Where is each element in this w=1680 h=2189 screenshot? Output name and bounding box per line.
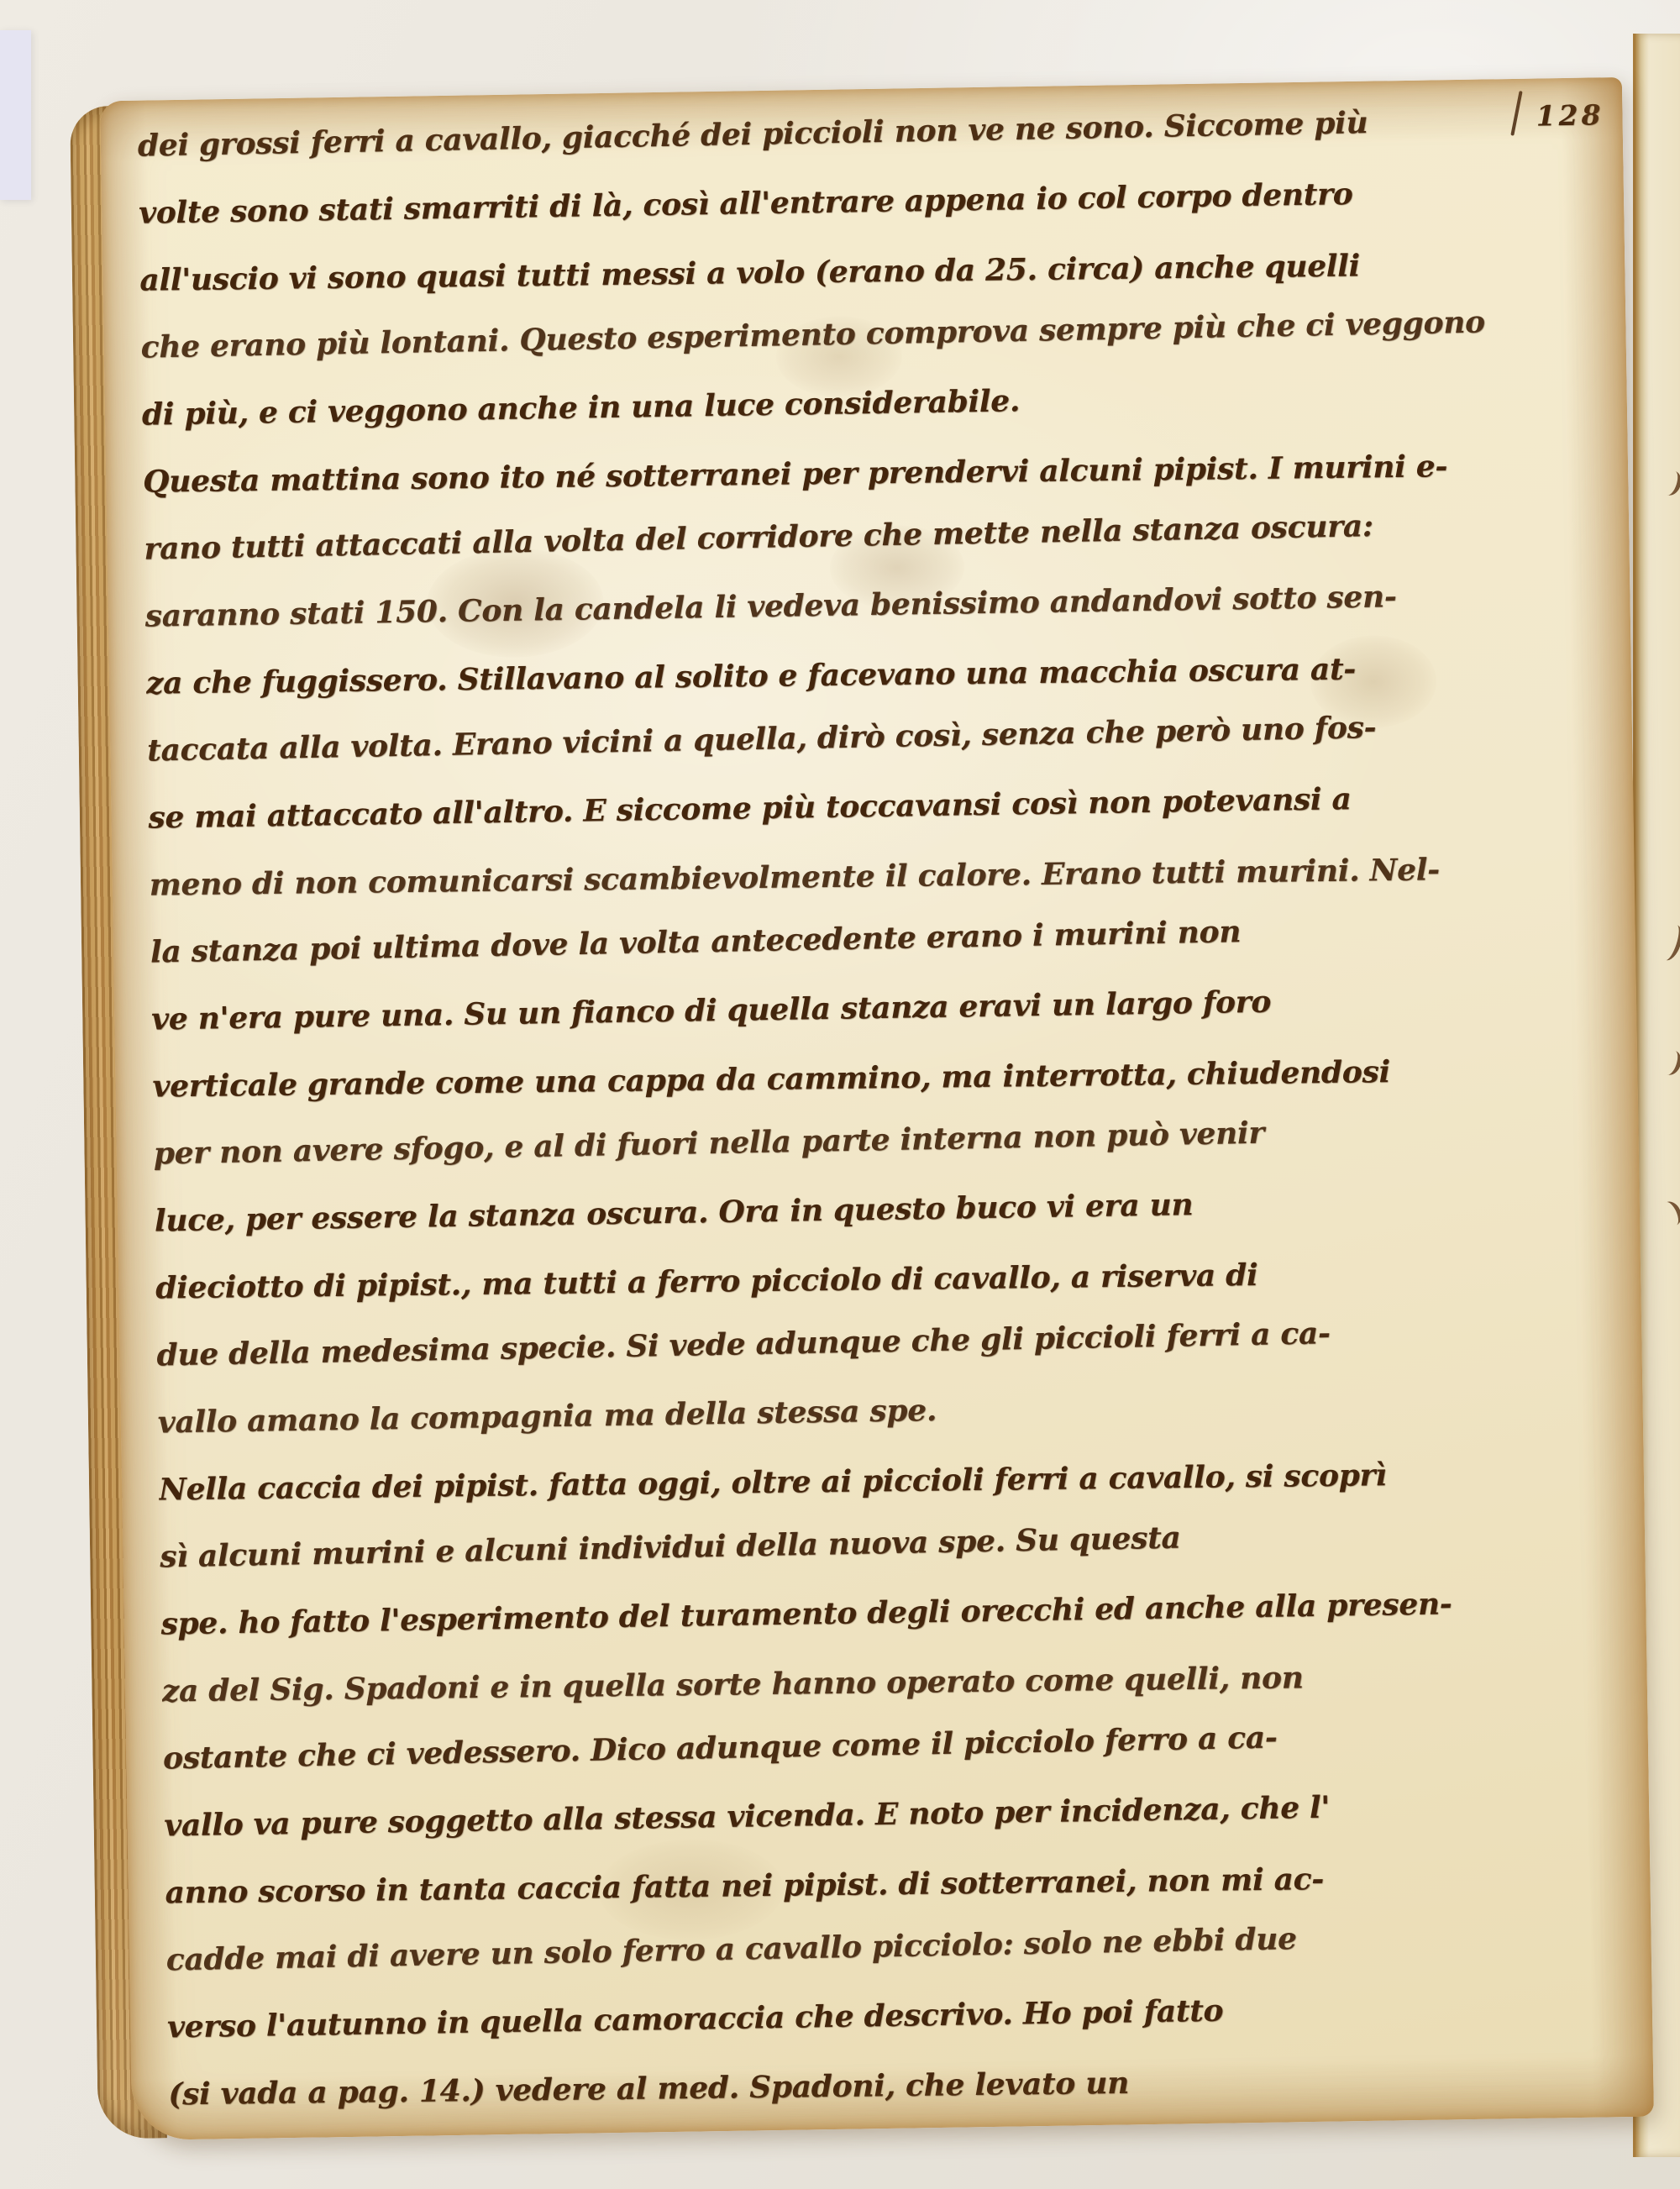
manuscript-text: dei grossi ferri a cavallo, giacché dei …: [137, 90, 1590, 2131]
facing-page-ink-mark: [1658, 468, 1680, 498]
manuscript-photograph: 128 dei grossi ferri a cavallo, giacché …: [0, 0, 1680, 2189]
color-tab-sticker: [0, 30, 31, 200]
facing-page-ink-mark: [1657, 1199, 1680, 1230]
facing-page-ink-mark: [1658, 1047, 1680, 1078]
manuscript-page: 128 dei grossi ferri a cavallo, giacché …: [100, 77, 1654, 2140]
facing-page-ink-mark: [1656, 922, 1680, 963]
